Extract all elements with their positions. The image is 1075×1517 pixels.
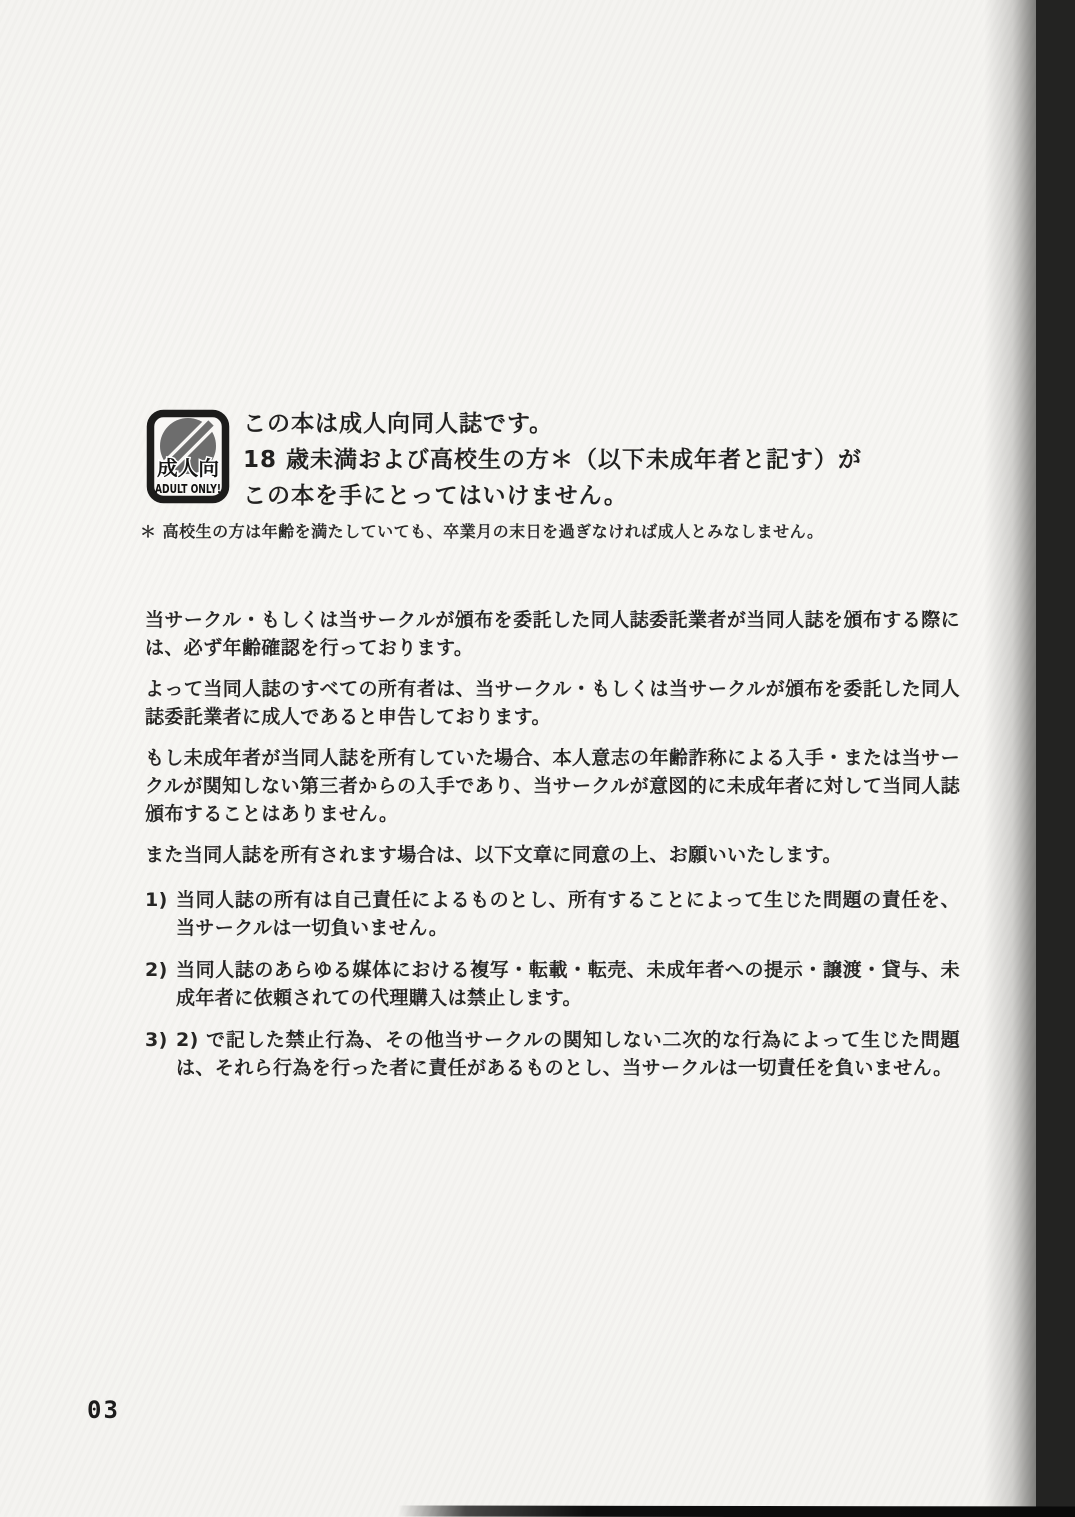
scanner-background: 成人向 ADULT ONLY! この本は成人向同人誌です。 18 歳未満および高…	[0, 0, 1075, 1517]
notice-heading-line2: 18 歳未満および高校生の方＊（以下未成年者と記す）が	[243, 442, 862, 478]
notice-heading: この本は成人向同人誌です。 18 歳未満および高校生の方＊（以下未成年者と記す）…	[243, 406, 862, 514]
scan-bottom-edge	[398, 1506, 1075, 1517]
list-item-3-marker: 3)	[145, 1026, 176, 1082]
list-item-2: 2) 当同人誌のあらゆる媒体における複写・転載・転売、未成年者への提示・譲渡・貸…	[145, 956, 960, 1012]
badge-english-label: ADULT ONLY!	[155, 482, 221, 496]
page-number: 03	[87, 1396, 120, 1424]
notice-heading-line1: この本は成人向同人誌です。	[243, 406, 862, 442]
conditions-list: 1) 当同人誌の所有は自己責任によるものとし、所有することによって生じた問題の責…	[145, 886, 960, 1082]
list-item-1-marker: 1)	[145, 886, 176, 942]
list-item-3: 3) 2) で記した禁止行為、その他当サークルの関知しない二次的な行為によって生…	[145, 1026, 960, 1082]
scanned-page: 成人向 ADULT ONLY! この本は成人向同人誌です。 18 歳未満および高…	[0, 0, 1036, 1517]
list-item-2-text: 当同人誌のあらゆる媒体における複写・転載・転売、未成年者への提示・譲渡・貸与、未…	[176, 956, 960, 1012]
footnote: ＊ 高校生の方は年齢を満たしていても、卒業月の末日を過ぎなければ成人とみなしませ…	[140, 519, 824, 542]
paragraph-minor-possession: もし未成年者が当同人誌を所有していた場合、本人意志の年齢詐称による入手・または当…	[145, 744, 960, 828]
list-item-3-text: 2) で記した禁止行為、その他当サークルの関知しない二次的な行為によって生じた問…	[176, 1026, 960, 1082]
paragraph-owner-declaration: よって当同人誌のすべての所有者は、当サークル・もしくは当サークルが頒布を委託した…	[145, 675, 960, 731]
badge-kanji-label: 成人向	[157, 456, 219, 480]
paragraph-agreement-intro: また当同人誌を所有されます場合は、以下文章に同意の上、お願いいたします。	[145, 841, 960, 869]
list-item-1-text: 当同人誌の所有は自己責任によるものとし、所有することによって生じた問題の責任を、…	[176, 886, 960, 942]
list-item-1: 1) 当同人誌の所有は自己責任によるものとし、所有することによって生じた問題の責…	[145, 886, 960, 942]
adult-only-badge: 成人向 ADULT ONLY!	[146, 409, 230, 504]
paragraph-age-check: 当サークル・もしくは当サークルが頒布を委託した同人誌委託業者が当同人誌を頒布する…	[145, 606, 960, 662]
list-item-2-marker: 2)	[145, 956, 176, 1012]
disclaimer-body: 当サークル・もしくは当サークルが頒布を委託した同人誌委託業者が当同人誌を頒布する…	[145, 606, 960, 1096]
adult-only-badge-graphic: 成人向 ADULT ONLY!	[146, 409, 230, 504]
notice-heading-line3: この本を手にとってはいけません。	[243, 478, 862, 514]
